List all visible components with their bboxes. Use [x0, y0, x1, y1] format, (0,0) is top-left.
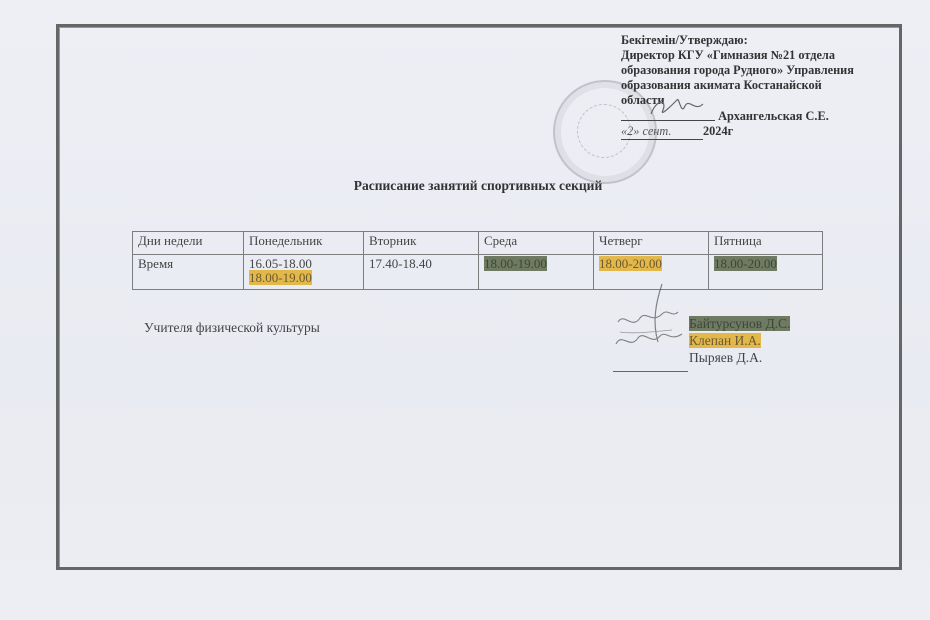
- approval-line: образования акимата Костанайской: [621, 78, 891, 93]
- document-title: Расписание занятий спортивных секций: [0, 178, 930, 194]
- header-cell: Дни недели: [133, 232, 244, 255]
- teacher-names: Байтурсунов Д.С. Клепан И.А. Пыряев Д.А.: [689, 315, 790, 366]
- approval-line: Директор КГУ «Гимназия №21 отдела: [621, 48, 891, 63]
- signatory-name: Архангельская С.Е.: [718, 109, 829, 123]
- time-slot: 16.05-18.00: [249, 257, 358, 271]
- scanned-document: Бекітемін/Утверждаю: Директор КГУ «Гимна…: [0, 0, 930, 620]
- teacher-name: Пыряев Д.А.: [689, 350, 762, 365]
- cell-wednesday: 18.00-19.00: [479, 255, 594, 290]
- teacher-signatures-icon: [612, 282, 692, 372]
- signature-scribble-icon: [643, 94, 713, 120]
- header-cell: Пятница: [709, 232, 823, 255]
- header-cell: Вторник: [364, 232, 479, 255]
- header-cell: Четверг: [594, 232, 709, 255]
- approval-heading: Бекітемін/Утверждаю:: [621, 33, 891, 48]
- time-slot-highlighted: 18.00-19.00: [484, 256, 547, 271]
- header-cell: Понедельник: [244, 232, 364, 255]
- signature-underline: [613, 371, 688, 372]
- time-slot-highlighted: 18.00-20.00: [714, 256, 777, 271]
- handwritten-date: «2» сент.: [621, 124, 703, 140]
- signatory-line: Архангельская С.Е.: [621, 108, 891, 124]
- time-slot-highlighted: 18.00-20.00: [599, 256, 662, 271]
- approval-block: Бекітемін/Утверждаю: Директор КГУ «Гимна…: [621, 33, 891, 140]
- time-slot: 17.40-18.40: [369, 257, 473, 271]
- approval-line: образования города Рудного» Управления: [621, 63, 891, 78]
- director-signature: [621, 108, 715, 121]
- approval-date: «2» сент.2024г: [621, 124, 891, 140]
- cell-tuesday: 17.40-18.40: [364, 255, 479, 290]
- approval-year: 2024г: [703, 124, 733, 138]
- schedule-table: Дни недели Понедельник Вторник Среда Чет…: [132, 231, 823, 290]
- teacher-name: Клепан И.А.: [689, 333, 761, 348]
- cell-monday: 16.05-18.00 18.00-19.00: [244, 255, 364, 290]
- table-row: Время 16.05-18.00 18.00-19.00 17.40-18.4…: [133, 255, 823, 290]
- time-slot-highlighted: 18.00-19.00: [249, 270, 312, 285]
- row-label: Время: [133, 255, 244, 290]
- teacher-name: Байтурсунов Д.С.: [689, 316, 790, 331]
- header-cell: Среда: [479, 232, 594, 255]
- table-header-row: Дни недели Понедельник Вторник Среда Чет…: [133, 232, 823, 255]
- cell-friday: 18.00-20.00: [709, 255, 823, 290]
- teachers-label: Учителя физической культуры: [144, 320, 320, 336]
